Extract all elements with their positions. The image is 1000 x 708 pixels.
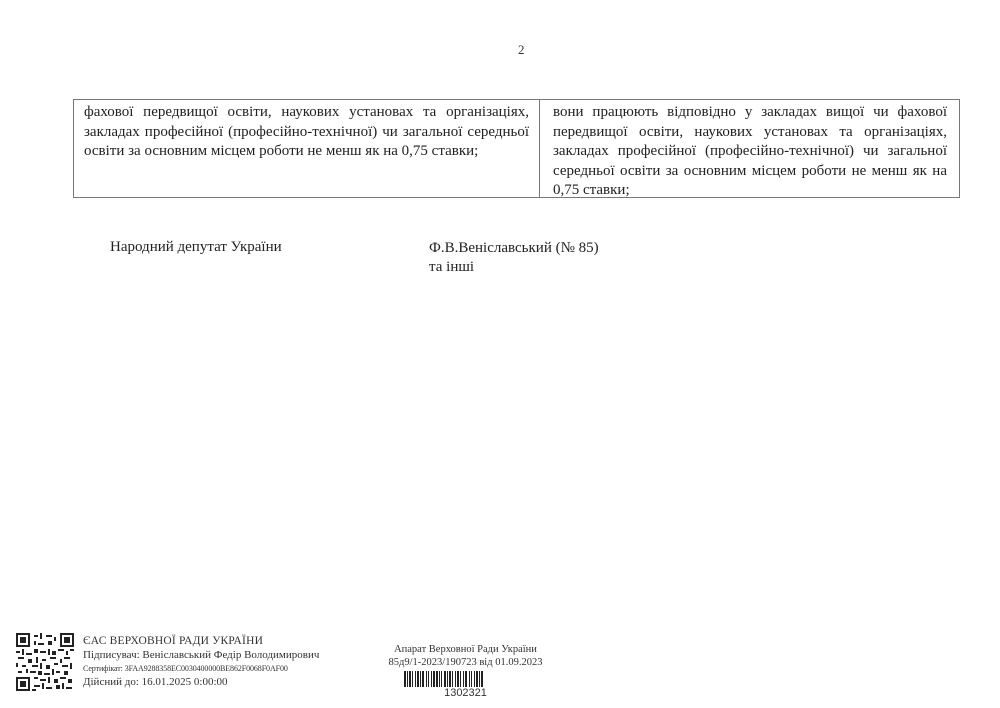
signature-block: Ф.В.Веніславський (№ 85) та інші xyxy=(429,239,599,277)
page-number: 2 xyxy=(518,42,525,58)
qr-code-icon xyxy=(16,633,74,691)
ecp-valid-until: Дійсний до: 16.01.2025 0:00:00 xyxy=(83,676,319,690)
comparison-table: фахової передвищої освіти, наукових уста… xyxy=(73,99,960,198)
signature-others: та інші xyxy=(429,258,599,277)
registration-number: 85д9/1-2023/190723 від 01.09.2023 xyxy=(378,656,553,669)
registration-stamp: Апарат Верховної Ради України 85д9/1-202… xyxy=(378,643,553,700)
table-cell-current-text: фахової передвищої освіти, наукових уста… xyxy=(74,100,540,197)
signature-name: Ф.В.Веніславський (№ 85) xyxy=(429,239,599,258)
ecp-signer: Підписувач: Веніславський Федір Володими… xyxy=(83,649,319,663)
barcode-number: 1302321 xyxy=(378,687,553,700)
registration-org: Апарат Верховної Ради України xyxy=(378,643,553,656)
electronic-signature-block: ЄАС ВЕРХОВНОЇ РАДИ УКРАЇНИ Підписувач: В… xyxy=(83,635,319,689)
ecp-title: ЄАС ВЕРХОВНОЇ РАДИ УКРАЇНИ xyxy=(83,635,319,649)
ecp-certificate: Сертифікат: 3FAA9288358EC0030400000BE862… xyxy=(83,662,319,676)
barcode-icon xyxy=(404,671,528,687)
table-cell-proposed-text: вони працюють відповідно у закладах вищо… xyxy=(540,100,959,197)
signature-title: Народний депутат України xyxy=(110,239,282,256)
